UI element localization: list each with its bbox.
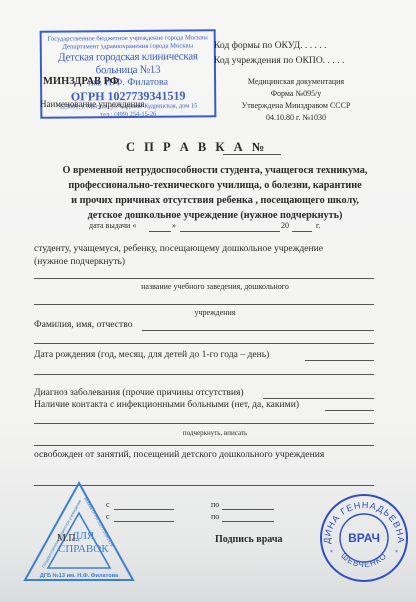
to-label-2: по bbox=[211, 512, 219, 521]
svg-text:ШЕВЧЕНКО: ШЕВЧЕНКО bbox=[339, 551, 389, 569]
ministry-label: МИНЗДРАВ РФ bbox=[43, 76, 119, 87]
birth-date-label: Дата рождения (год, месяц, для детей до … bbox=[34, 349, 269, 360]
triangle-stamp-text-2: СПРАВОК bbox=[58, 543, 109, 555]
full-name-field-2[interactable] bbox=[34, 343, 374, 344]
okpo-code: Код учреждения по ОКПО. . . . . bbox=[214, 55, 344, 66]
full-name-field[interactable] bbox=[142, 330, 374, 331]
issue-day-field[interactable] bbox=[149, 231, 171, 232]
contact-hint: подчеркнуть, вписать bbox=[20, 429, 410, 437]
full-name-label: Фамилия, имя, отчество bbox=[34, 319, 133, 330]
issue-month-field[interactable] bbox=[180, 231, 280, 232]
okud-code: Код формы по ОКУД. . . . . . bbox=[214, 40, 327, 51]
to-label-1: по bbox=[211, 500, 219, 509]
stamp-line: Детская городская клиническая больница №… bbox=[42, 50, 214, 77]
issue-date-label: дата выдачи « bbox=[89, 221, 136, 230]
doctor-signature-label: Подпись врача bbox=[215, 534, 283, 545]
triangle-stamp-bottom-text: ДГБ №13 им. Н.Ф. Филатова bbox=[40, 573, 119, 579]
subtitle-line: детское дошкольное учреждение (нужное по… bbox=[20, 208, 410, 223]
year-suffix: г. bbox=[316, 221, 320, 230]
subtitle-line: профессионально-технического училища, о … bbox=[20, 178, 410, 193]
recipient-hint: (нужное подчеркнуть) bbox=[34, 256, 125, 267]
document-subtitle: О временной нетрудоспособности студента,… bbox=[20, 163, 410, 223]
institution-label: Наименование учреждения bbox=[40, 99, 144, 109]
svg-text:*: * bbox=[330, 550, 333, 556]
document-title: С П Р А В К А № bbox=[126, 140, 267, 155]
issue-year-field[interactable] bbox=[292, 231, 312, 232]
issue-year-prefix: 20 bbox=[281, 221, 289, 230]
certificate-number-field[interactable] bbox=[223, 154, 281, 155]
contact-field[interactable] bbox=[325, 410, 374, 411]
subtitle-line: О временной нетрудоспособности студента,… bbox=[20, 163, 410, 178]
recipient-field[interactable] bbox=[34, 278, 374, 279]
contact-label: Наличие контакта с инфекционными больным… bbox=[34, 399, 299, 410]
recipient-label: студенту, учащемуся, ребенку, посещающем… bbox=[34, 243, 323, 254]
round-stamp-bottom-text: ШЕВЧЕНКО bbox=[339, 551, 389, 569]
approval-label: Утверждена Минздравом СССР bbox=[221, 101, 371, 110]
triangle-stamp: ДГБ №13 им. Н.Ф. Филатова Государственно… bbox=[22, 480, 137, 585]
released-label: освобожден от занятий, посещений детског… bbox=[34, 449, 324, 460]
school-hint-2: учреждения bbox=[20, 308, 410, 317]
seal-place-label: М.П. bbox=[57, 533, 78, 544]
med-doc-label: Медицинская документация bbox=[221, 77, 371, 86]
birth-date-field[interactable] bbox=[305, 360, 374, 361]
issue-date-quote: » bbox=[172, 221, 176, 230]
school-field[interactable] bbox=[34, 304, 374, 305]
subtitle-line: и прочих причинах отсутствия ребенка , п… bbox=[20, 193, 410, 208]
contact-field-2[interactable] bbox=[34, 423, 374, 424]
svg-text:*: * bbox=[395, 550, 398, 556]
approval-date: 04.10.80 г. №1030 bbox=[221, 113, 371, 122]
round-stamp-center-text: ВРАЧ bbox=[348, 531, 380, 545]
doctor-round-stamp: ДИНА ГЕННАДЬЕВНА ШЕВЧЕНКО * * ВРАЧ bbox=[318, 492, 410, 584]
birth-date-field-2[interactable] bbox=[34, 374, 374, 375]
to-date-field-1[interactable] bbox=[222, 509, 274, 510]
diagnosis-label: Диагноз заболевания (прочие причины отсу… bbox=[34, 387, 244, 398]
stamp-line: тел.: (499) 254-15-26 bbox=[42, 110, 214, 120]
to-date-field-2[interactable] bbox=[222, 521, 274, 522]
school-hint-1: название учебного заведения, дошкольного bbox=[20, 282, 410, 291]
form-number: Форма №095/у bbox=[221, 89, 371, 98]
contact-field-3[interactable] bbox=[34, 445, 374, 446]
medical-certificate-page: Государственное бюджетное учреждение гор… bbox=[0, 0, 416, 602]
